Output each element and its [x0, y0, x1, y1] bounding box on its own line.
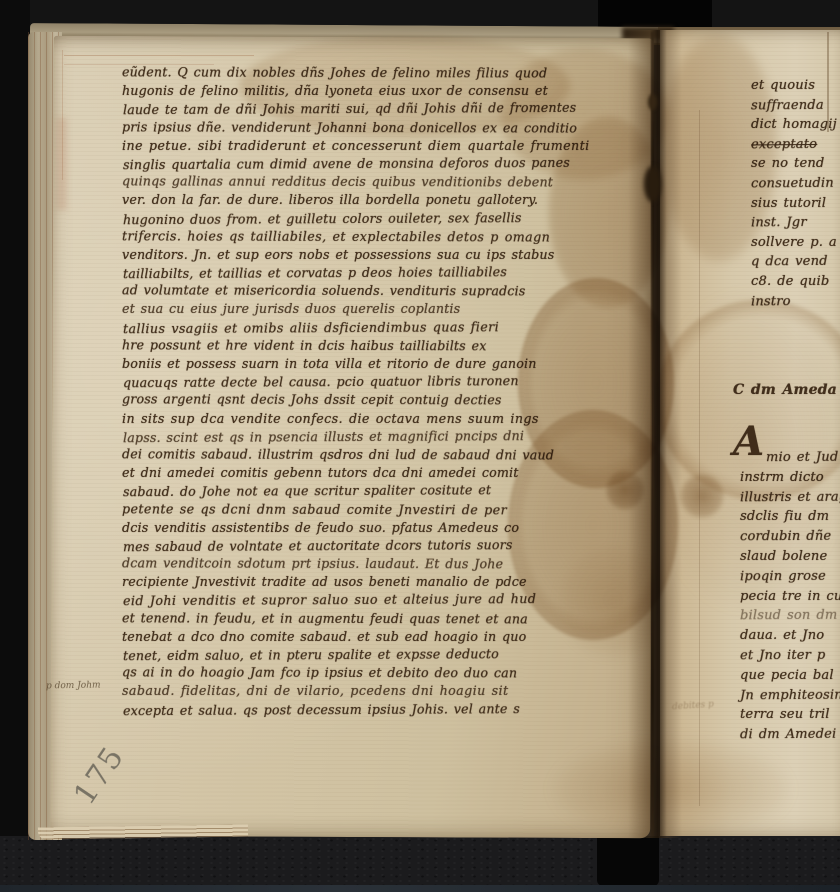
manuscript-line: ipoqin grose: [740, 566, 840, 586]
manuscript-line: sabaud. do Johe not ea que scritur spali…: [123, 481, 603, 502]
photo-bottom-edge: [0, 885, 840, 892]
manuscript-line: ad volumtate et misericordia soluends. v…: [122, 282, 602, 301]
manuscript-line: slaud bolene: [740, 547, 840, 567]
manuscript-line: pris ipsius dñe. vendiderunt Johanni bon…: [122, 118, 602, 137]
manuscript-line: Jn emphiteosin: [740, 685, 840, 705]
manuscript-line: se no tend: [751, 154, 840, 174]
manuscript-line: excepta et salua. qs post decessum ipsiu…: [123, 699, 603, 720]
manuscript-line: et Jno iter p: [740, 646, 840, 666]
manuscript-line: eid Johi venditis et supror saluo suo et…: [123, 590, 603, 611]
manuscript-line: tenebat a dco dno comite sabaud. et sub …: [122, 628, 602, 646]
gutter-fold-line: [651, 32, 654, 836]
manuscript-line: hugonis de felino militis, dña lyoneta e…: [122, 82, 602, 100]
manuscript-line: consuetudin: [751, 174, 840, 194]
manuscript-line: sius tutoril: [751, 194, 840, 214]
manuscript-line: trifercis. hoies qs tailliabiles, et exp…: [122, 227, 602, 246]
manuscript-line: qs ai in do hoagio Jam fco ip ipsius et …: [122, 664, 602, 683]
manuscript-line: instrm dicto: [740, 468, 840, 488]
manuscript-line: suffraenda: [751, 95, 840, 115]
manuscript-line: di dm Amedei: [740, 725, 840, 745]
gutter-ink-blot-small: [648, 94, 657, 110]
manuscript-line: et tenend. in feudu, et in augmentu feud…: [122, 609, 602, 628]
manuscript-line: mio et Jud p: [740, 448, 840, 468]
section-heading-rubric: C dm Ameda S: [733, 382, 840, 398]
manuscript-line: et dni amedei comitis gebenn tutors dca …: [122, 464, 602, 482]
manuscript-line: et sua cu eius jure jurisds duos quereli…: [122, 300, 602, 318]
manuscript-line: daua. et Jno: [740, 626, 840, 646]
manuscript-line: quinqs gallinas annui redditus decis qui…: [122, 172, 602, 191]
manuscript-line: eũdent. Q cum dix nobles dñs Johes de fe…: [122, 63, 602, 82]
manuscript-line: terra seu tril: [740, 705, 840, 725]
manuscript-photo: eũdent. Q cum dix nobles dñs Johes de fe…: [0, 0, 840, 892]
leather-shadow-notch: [597, 836, 659, 886]
ruling-line-horizontal: [64, 55, 254, 56]
manuscript-line: dict homagij: [751, 115, 840, 135]
manuscript-line: petente se qs dcni dnm sabaud comite Jnv…: [122, 500, 602, 519]
manuscript-line: quacuqs ratte decte bel causa. pcio quat…: [123, 372, 603, 393]
manuscript-line: venditors. Jn. et sup eors nobs et posse…: [122, 246, 602, 264]
manuscript-line: in sits sup dca vendite confecs. die oct…: [122, 410, 602, 428]
manuscript-line: sollvere p. a: [751, 233, 840, 253]
manuscript-line: tenet, eidm saluo, et in pteru spalite e…: [123, 645, 603, 666]
manuscript-line: q dca vend: [751, 252, 840, 272]
gutter-ink-blot: [644, 166, 661, 202]
manuscript-line: dcis venditis assistentibs de feudo suo.…: [122, 519, 602, 537]
manuscript-line: et quouis: [751, 76, 840, 96]
manuscript-line: tallius vsagiis et omibs aliis dsficiend…: [123, 317, 603, 338]
manuscript-line: inst. Jgr: [751, 213, 840, 233]
manuscript-line: mes sabaud de volntate et auctoritate dc…: [123, 536, 603, 557]
left-margin-note: p dom Johm: [46, 681, 101, 692]
manuscript-line: sdclis fiu dm: [740, 507, 840, 527]
manuscript-line: hugonino duos from. et guilletu colors o…: [123, 208, 603, 229]
background-top-notch: [598, 0, 712, 30]
background-left-strip: [0, 0, 30, 892]
manuscript-line-struck: exceptato: [751, 134, 840, 154]
right-page-top-text-block: et quouis suffraenda dict homagij except…: [751, 76, 840, 311]
manuscript-line: gross argenti qsnt decis Johs dssit cepi…: [122, 391, 602, 410]
manuscript-line: instro: [751, 291, 840, 311]
manuscript-line: cordubin dñe: [740, 527, 840, 547]
gutter-shadow: [628, 30, 682, 838]
manuscript-line: ver. don la far. de dure. liberos illa b…: [122, 191, 602, 209]
manuscript-line: illustris et arag: [740, 487, 840, 507]
manuscript-line: laude te tam de dñi Johis mariti sui, qd…: [123, 99, 603, 120]
manuscript-line: bilsud son dm: [740, 606, 840, 626]
manuscript-line: recipiente Jnvestivit tradite ad usos be…: [122, 573, 602, 591]
manuscript-line: dcam venditcoin sdotum prt ipsius. lauda…: [122, 554, 602, 573]
red-edge-smudge: [57, 118, 67, 210]
manuscript-line: dei comitis sabaud. illustrim qsdros dni…: [122, 445, 602, 464]
right-page-body-text-block: mio et Jud p instrm dicto illustris et a…: [740, 448, 840, 745]
manuscript-line: singlis quartalia cum dimid avene de mon…: [123, 154, 603, 175]
manuscript-line: c8. de quib: [751, 272, 840, 292]
manuscript-line: ine petue. sibi tradiderunt et concesser…: [122, 137, 602, 155]
manuscript-line: tailliabilts, et taillias et corvatas p …: [123, 263, 603, 284]
leather-cover-bottom: [0, 836, 840, 892]
manuscript-line: boniis et possess suarn in tota villa et…: [122, 355, 602, 373]
manuscript-line: hre possunt et hre vident in dcis haibus…: [122, 336, 602, 355]
manuscript-line: pecia tre in cu: [740, 587, 840, 607]
manuscript-line: lapss. scint est qs in psencia illusts e…: [123, 426, 603, 447]
left-page-text-block: eũdent. Q cum dix nobles dñs Johes de fe…: [122, 64, 602, 719]
manuscript-line: sabaud. fidelitas, dni de vilario, pcede…: [122, 682, 602, 700]
manuscript-line: que pecia bal: [740, 666, 840, 686]
